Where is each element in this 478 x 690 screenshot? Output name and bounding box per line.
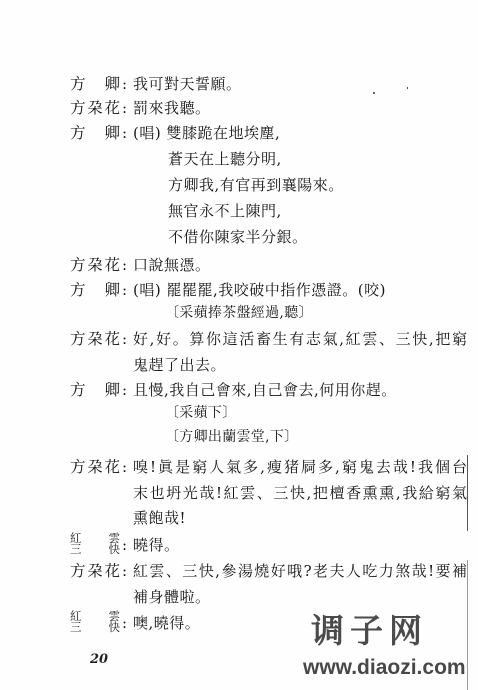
speaker-name: 三快 [70,544,120,555]
speaker-colon: : [122,98,127,118]
dialogue-line: 方朶花 : 口說無憑。 [0,255,478,275]
speaker-name: 方卿 [70,280,120,300]
continuation-line: 熏飽哉! [0,508,478,528]
speaker-colon: : [122,329,127,349]
watermark-url: www.diaozi.com [303,656,466,680]
verse-text: 蒼天在上聽分明, [168,149,282,169]
speaker-name: 三快 [70,622,120,633]
dialogue-line: 紅雲 三快 : 曉得。 [0,535,478,555]
verse-line: 方卿我,有官再到襄陽來。 [0,175,478,195]
verse-text: 方卿我,有官再到襄陽來。 [168,175,344,195]
speaker-colon: : [122,280,127,300]
speaker-name: 方朶花 [70,255,120,275]
speaker-name: 方朶花 [70,329,120,349]
dialogue-line: 方卿 : 我可對天誓願。 [0,74,478,94]
continuation-line: 末也坍光哉!紅雲、三快,把檀香熏熏,我給窮氣 [0,483,478,503]
continuation-line: 鬼趕了出去。 [0,355,478,375]
page-edge-line [467,560,468,690]
continuation-line: 補身體啦。 [0,587,478,607]
dialogue-text: 曉得。 [133,535,180,555]
dialogue-text: 且慢,我自己會來,自己會去,何用你趕。 [133,380,397,400]
dialogue-line: 方卿 : (唱) 雙膝跪在地埃塵, [0,123,478,143]
speaker-colon: : [122,123,127,143]
stage-direction-line: 〔方卿出蘭雲堂,下〕 [0,427,478,447]
dialogue-line: 方朶花 : 好,好。算你這活畜生有志氣,紅雲、三快,把窮 [0,329,478,349]
speaker-colon: : [122,561,127,581]
dialogue-text: (唱) 罷罷罷,我咬破中指作憑證。(咬) [133,280,386,300]
stage-direction-text: 〔采蘋捧茶盤經過,聽〕 [165,303,313,323]
watermark-title: 调子网 [311,611,428,651]
dialogue-text: 好,好。算你這活畜生有志氣,紅雲、三快,把窮 [133,329,467,349]
speaker-colon: : [122,535,127,555]
dialogue-text: 鬼趕了出去。 [133,355,226,375]
dialogue-text: 噢,曉得。 [133,613,200,633]
verse-text: 無官永不上陳門, [168,201,282,221]
dialogue-text: 我可對天誓願。 [133,74,242,94]
dialogue-text: (唱) 雙膝跪在地埃塵, [133,123,280,143]
speaker-name-stacked: 紅雲 三快 [70,533,120,555]
speaker-colon: : [122,457,127,477]
dialogue-text: 補身體啦。 [133,587,211,607]
verse-line: 蒼天在上聽分明, [0,149,478,169]
stage-direction-line: 〔采蘋下〕 [0,403,478,423]
dialogue-line: 方朶花 : 罰來我聽。 [0,98,478,118]
dialogue-line: 方朶花 : 紅雲、三快,參湯燒好哦?老夫人吃力煞哉!要補 [0,561,478,581]
speaker-name: 方卿 [70,74,120,94]
dialogue-text: 紅雲、三快,參湯燒好哦?老夫人吃力煞哉!要補 [133,561,467,581]
speaker-name-stacked: 紅雲 三快 [70,611,120,633]
dialogue-text: 罰來我聽。 [133,98,211,118]
dialogue-text: 嗅!眞是窮人氣多,瘦猪屙多,窮鬼去哉!我個台 [133,457,467,477]
dialogue-text: 熏飽哉! [133,508,186,528]
speaker-name: 方卿 [70,123,120,143]
speaker-colon: : [122,255,127,275]
scan-speck [407,87,408,89]
dialogue-line: 方卿 : 且慢,我自己會來,自己會去,何用你趕。 [0,380,478,400]
verse-text: 不借你陳家半分銀。 [168,227,308,247]
verse-line: 無官永不上陳門, [0,201,478,221]
speaker-name: 方朶花 [70,561,120,581]
speaker-colon: : [122,613,127,633]
dialogue-line: 方卿 : (唱) 罷罷罷,我咬破中指作憑證。(咬) [0,280,478,300]
dialogue-text: 口說無憑。 [133,255,211,275]
page-edge-line [467,455,468,531]
stage-direction-line: 〔采蘋捧茶盤經過,聽〕 [0,303,478,323]
verse-line: 不借你陳家半分銀。 [0,227,478,247]
scan-speck [373,92,375,94]
dialogue-line: 方朶花 : 嗅!眞是窮人氣多,瘦猪屙多,窮鬼去哉!我個台 [0,457,478,477]
speaker-name: 方朶花 [70,457,120,477]
speaker-name: 方卿 [70,380,120,400]
dialogue-text: 末也坍光哉!紅雲、三快,把檀香熏熏,我給窮氣 [133,483,467,503]
page-number: 20 [90,651,108,669]
speaker-name: 方朶花 [70,98,120,118]
stage-direction-text: 〔采蘋下〕 [165,403,237,423]
speaker-colon: : [122,380,127,400]
speaker-colon: : [122,74,127,94]
stage-direction-text: 〔方卿出蘭雲堂,下〕 [165,427,298,447]
